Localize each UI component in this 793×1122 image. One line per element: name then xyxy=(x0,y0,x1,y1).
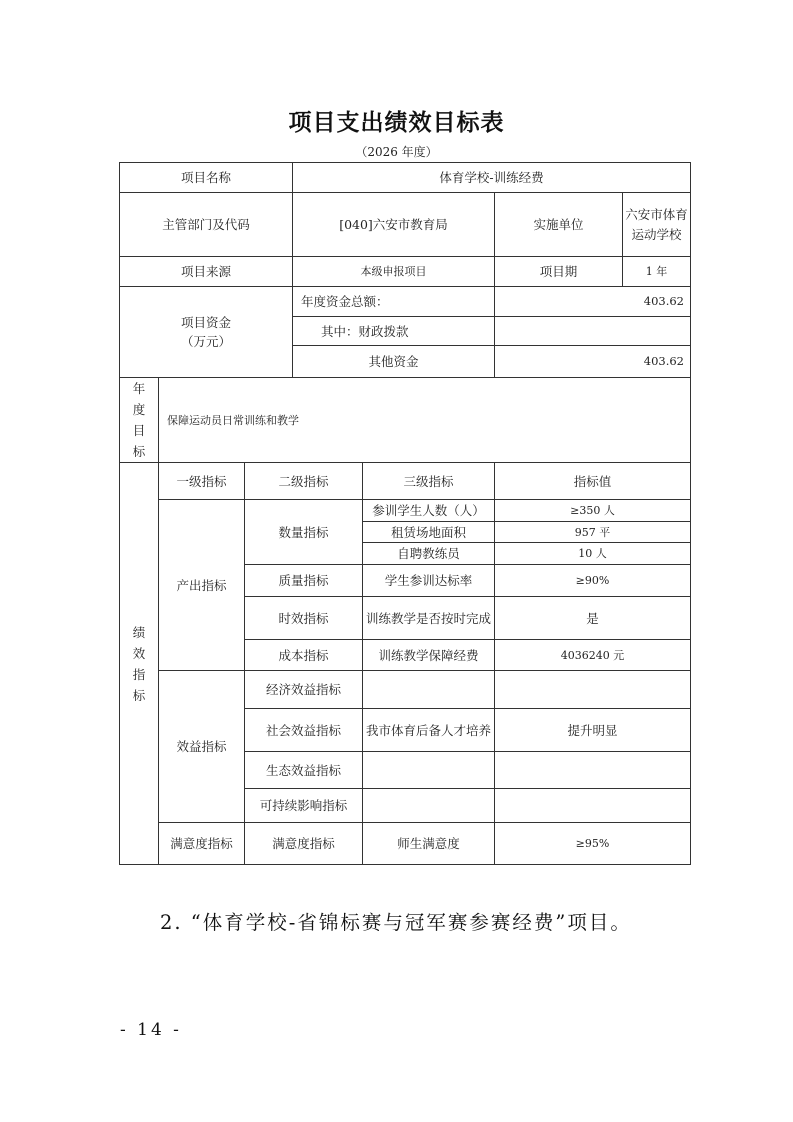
table-row: 项目资金 （万元） 年度资金总额： 403.62 xyxy=(120,287,691,317)
value-cell xyxy=(495,671,691,709)
table-row: 效益指标 经济效益指标 xyxy=(120,671,691,709)
timeliness-level2: 时效指标 xyxy=(245,597,363,640)
dept-label: 主管部门及代码 xyxy=(120,193,293,257)
performance-target-table: 项目名称 体育学校-训练经费 主管部门及代码 [040]六安市教育局 实施单位 … xyxy=(119,162,691,865)
source-value: 本级申报项目 xyxy=(293,257,495,287)
year-subtitle: （2026 年度） xyxy=(0,143,793,160)
value-cell: ≥95% xyxy=(495,823,691,865)
quantity-level2: 数量指标 xyxy=(245,500,363,565)
funds-other-label: 其他资金 xyxy=(293,346,495,378)
cost-level2: 成本指标 xyxy=(245,640,363,671)
funds-fiscal-label: 其中：财政拨款 xyxy=(293,317,495,346)
ecological-level2: 生态效益指标 xyxy=(245,752,363,789)
period-value: 1 年 xyxy=(623,257,691,287)
impl-unit-label: 实施单位 xyxy=(495,193,623,257)
next-section-heading: 2. “体育学校-省锦标赛与冠军赛参赛经费”项目。 xyxy=(160,907,632,935)
funds-label: 项目资金 xyxy=(122,313,290,332)
level3-cell: 训练教学是否按时完成 xyxy=(363,597,495,640)
level3-cell: 训练教学保障经费 xyxy=(363,640,495,671)
header-level2: 二级指标 xyxy=(245,463,363,500)
value-cell: 957 平 xyxy=(495,522,691,543)
funds-total-value: 403.62 xyxy=(495,287,691,317)
table-row: 项目来源 本级申报项目 项目期 1 年 xyxy=(120,257,691,287)
funds-total-label: 年度资金总额： xyxy=(293,287,495,317)
funds-unit: （万元） xyxy=(122,332,290,351)
level3-cell: 我市体育后备人才培养 xyxy=(363,709,495,752)
funds-other-value: 403.62 xyxy=(495,346,691,378)
level3-cell: 自聘教练员 xyxy=(363,543,495,565)
annual-goal-label: 年 度 目 标 xyxy=(120,378,159,463)
level3-cell: 参训学生人数（人） xyxy=(363,500,495,522)
value-cell xyxy=(495,752,691,789)
output-level1: 产出指标 xyxy=(159,500,245,671)
period-label: 项目期 xyxy=(495,257,623,287)
level3-cell xyxy=(363,752,495,789)
source-label: 项目来源 xyxy=(120,257,293,287)
impl-unit-value: 六安市体育运动学校 xyxy=(623,193,691,257)
header-level3: 三级指标 xyxy=(363,463,495,500)
annual-goal-value: 保障运动员日常训练和教学 xyxy=(159,378,691,463)
satisfaction-level1: 满意度指标 xyxy=(159,823,245,865)
page-title: 项目支出绩效目标表 xyxy=(0,104,793,137)
page-number: - 14 - xyxy=(120,1020,182,1040)
value-cell: 是 xyxy=(495,597,691,640)
table-row: 年 度 目 标 保障运动员日常训练和教学 xyxy=(120,378,691,463)
table-header-row: 绩 效 指 标 一级指标 二级指标 三级指标 指标值 xyxy=(120,463,691,500)
economic-level2: 经济效益指标 xyxy=(245,671,363,709)
satisfaction-level2: 满意度指标 xyxy=(245,823,363,865)
table-row: 产出指标 数量指标 参训学生人数（人） ≥350 人 xyxy=(120,500,691,522)
benefit-level1: 效益指标 xyxy=(159,671,245,823)
perf-indicator-label: 绩 效 指 标 xyxy=(120,463,159,865)
sustainable-level2: 可持续影响指标 xyxy=(245,789,363,823)
value-cell: 提升明显 xyxy=(495,709,691,752)
funds-label-cell: 项目资金 （万元） xyxy=(120,287,293,378)
value-cell: 4036240 元 xyxy=(495,640,691,671)
dept-value: [040]六安市教育局 xyxy=(293,193,495,257)
value-cell: ≥90% xyxy=(495,565,691,597)
header-level1: 一级指标 xyxy=(159,463,245,500)
table-row: 项目名称 体育学校-训练经费 xyxy=(120,163,691,193)
level3-cell: 师生满意度 xyxy=(363,823,495,865)
value-cell xyxy=(495,789,691,823)
value-cell: 10 人 xyxy=(495,543,691,565)
level3-cell xyxy=(363,789,495,823)
funds-fiscal-value xyxy=(495,317,691,346)
table-row: 主管部门及代码 [040]六安市教育局 实施单位 六安市体育运动学校 xyxy=(120,193,691,257)
level3-cell: 学生参训达标率 xyxy=(363,565,495,597)
level3-cell xyxy=(363,671,495,709)
level3-cell: 租赁场地面积 xyxy=(363,522,495,543)
social-level2: 社会效益指标 xyxy=(245,709,363,752)
project-name-value: 体育学校-训练经费 xyxy=(293,163,691,193)
header-value: 指标值 xyxy=(495,463,691,500)
table-row: 满意度指标 满意度指标 师生满意度 ≥95% xyxy=(120,823,691,865)
project-name-label: 项目名称 xyxy=(120,163,293,193)
value-cell: ≥350 人 xyxy=(495,500,691,522)
quality-level2: 质量指标 xyxy=(245,565,363,597)
